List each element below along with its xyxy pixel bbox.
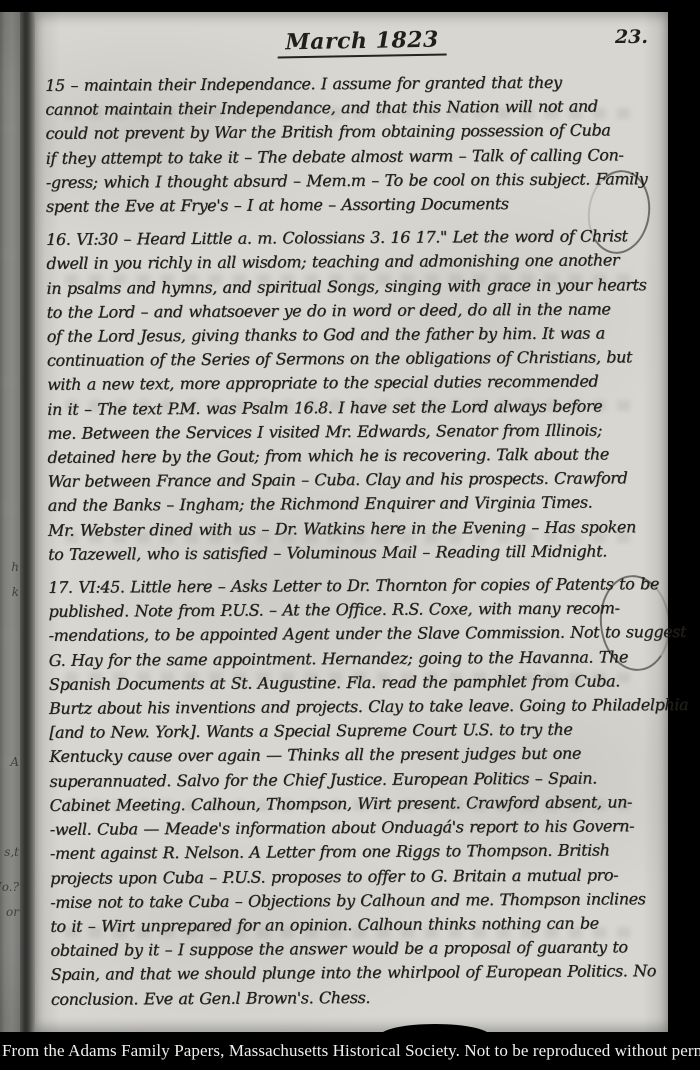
margin-fragment: h [11,560,19,574]
margin-fragment: A [10,755,19,769]
handwriting-line: G. Hay for the same appointment. Hernand… [49,645,661,673]
handwriting-line: 15 – maintain their Independance. I assu… [45,70,657,98]
handwriting-line: detained here by the Gout; from which he… [47,442,659,470]
handwriting-line: conclusion. Eve at Gen.l Brown's. Chess. [51,984,663,1012]
handwriting-line: published. Note from P.U.S. – At the Off… [48,596,660,624]
handwriting-line: if they attempt to take it – The debate … [46,143,658,171]
facing-page-edge: h k A s,t No.? or [0,12,20,1032]
handwriting-line: spent the Eve at Frye's – I at home – As… [46,191,658,219]
handwriting-line: 17. VI:45. Little here – Asks Letter to … [48,572,660,600]
handwriting-line: me. Between the Services I visited Mr. E… [47,418,659,446]
handwriting-line: with a new text, more appropriate to the… [47,370,659,398]
handwriting-line: continuation of the Series of Sermons on… [47,345,659,373]
handwriting-line: [and to New. York]. Wants a Special Supr… [49,717,661,745]
handwriting-line: -mise not to take Cuba – Objections by C… [50,887,662,915]
diary-body: 15 – maintain their Independance. I assu… [45,70,663,1011]
margin-fragment: or [6,905,19,919]
diary-entry: 15 – maintain their Independance. I assu… [45,70,658,219]
handwriting-line: to it – Wirt unprepared for an opinion. … [50,911,662,939]
handwriting-line: could not prevent by War the British fro… [45,119,657,147]
handwriting-line: -mendations, to be appointed Agent under… [49,621,661,649]
handwriting-line: Spain, and that we should plunge into th… [51,959,663,987]
margin-fragment: No.? [0,880,19,894]
book-gutter-shadow [20,12,35,1032]
handwriting-line: War between France and Spain – Cuba. Cla… [48,466,660,494]
handwriting-line: and the Banks – Ingham; the Richmond Enq… [48,491,660,519]
page-header-row: March 1823 23. [35,12,668,64]
handwriting-line: cannot maintain their Independance, and … [45,94,657,122]
page-title: March 1823 [277,27,447,59]
caption-bar: From the Adams Family Papers, Massachuse… [0,1032,700,1070]
handwriting-line: Spanish Documents at St. Augustine. Fla.… [49,669,661,697]
handwriting-line: -ment against R. Nelson. A Letter from o… [50,838,662,866]
margin-fragment: k [12,585,19,599]
handwriting-line: 16. VI:30 – Heard Little a. m. Colossian… [46,224,658,252]
margin-fragment: s,t [4,845,19,859]
handwriting-line: projects upon Cuba – P.U.S. proposes to … [50,863,662,891]
handwriting-line: Mr. Webster dined with us – Dr. Watkins … [48,515,660,543]
handwriting-line: superannuated. Salvo for the Chief Justi… [49,766,661,794]
handwriting-line: of the Lord Jesus, giving thanks to God … [47,321,659,349]
handwriting-line: Kentucky cause over again — Thinks all t… [49,742,661,770]
source-caption: From the Adams Family Papers, Massachuse… [2,1041,700,1061]
handwriting-line: in psalms and hymns, and spiritual Songs… [46,273,658,301]
handwriting-line: -well. Cuba — Meade's information about … [50,814,662,842]
handwriting-line: to Tazewell, who is satisfied – Volumino… [48,539,660,567]
diary-entry: 16. VI:30 – Heard Little a. m. Colossian… [46,224,660,567]
diary-entry: 17. VI:45. Little here – Asks Letter to … [48,572,663,1011]
handwriting-line: obtained by it – I suppose the answer wo… [50,935,662,963]
handwriting-line: dwell in you richly in all wisdom; teach… [46,249,658,277]
handwriting-line: in it – The text P.M. was Psalm 16.8. I … [47,394,659,422]
diary-page: March 1823 23. 15 – maintain their Indep… [35,12,668,1032]
handwriting-line: Burtz about his inventions and projects.… [49,693,661,721]
page-number: 23. [615,26,648,48]
handwriting-line: -gress; which I thought absurd – Mem.m –… [46,167,658,195]
manuscript-scan: h k A s,t No.? or March 1823 23. 15 [0,0,700,1070]
handwriting-line: Cabinet Meeting. Calhoun, Thompson, Wirt… [50,790,662,818]
handwriting-line: to the Lord – and whatsoever ye do in wo… [47,297,659,325]
